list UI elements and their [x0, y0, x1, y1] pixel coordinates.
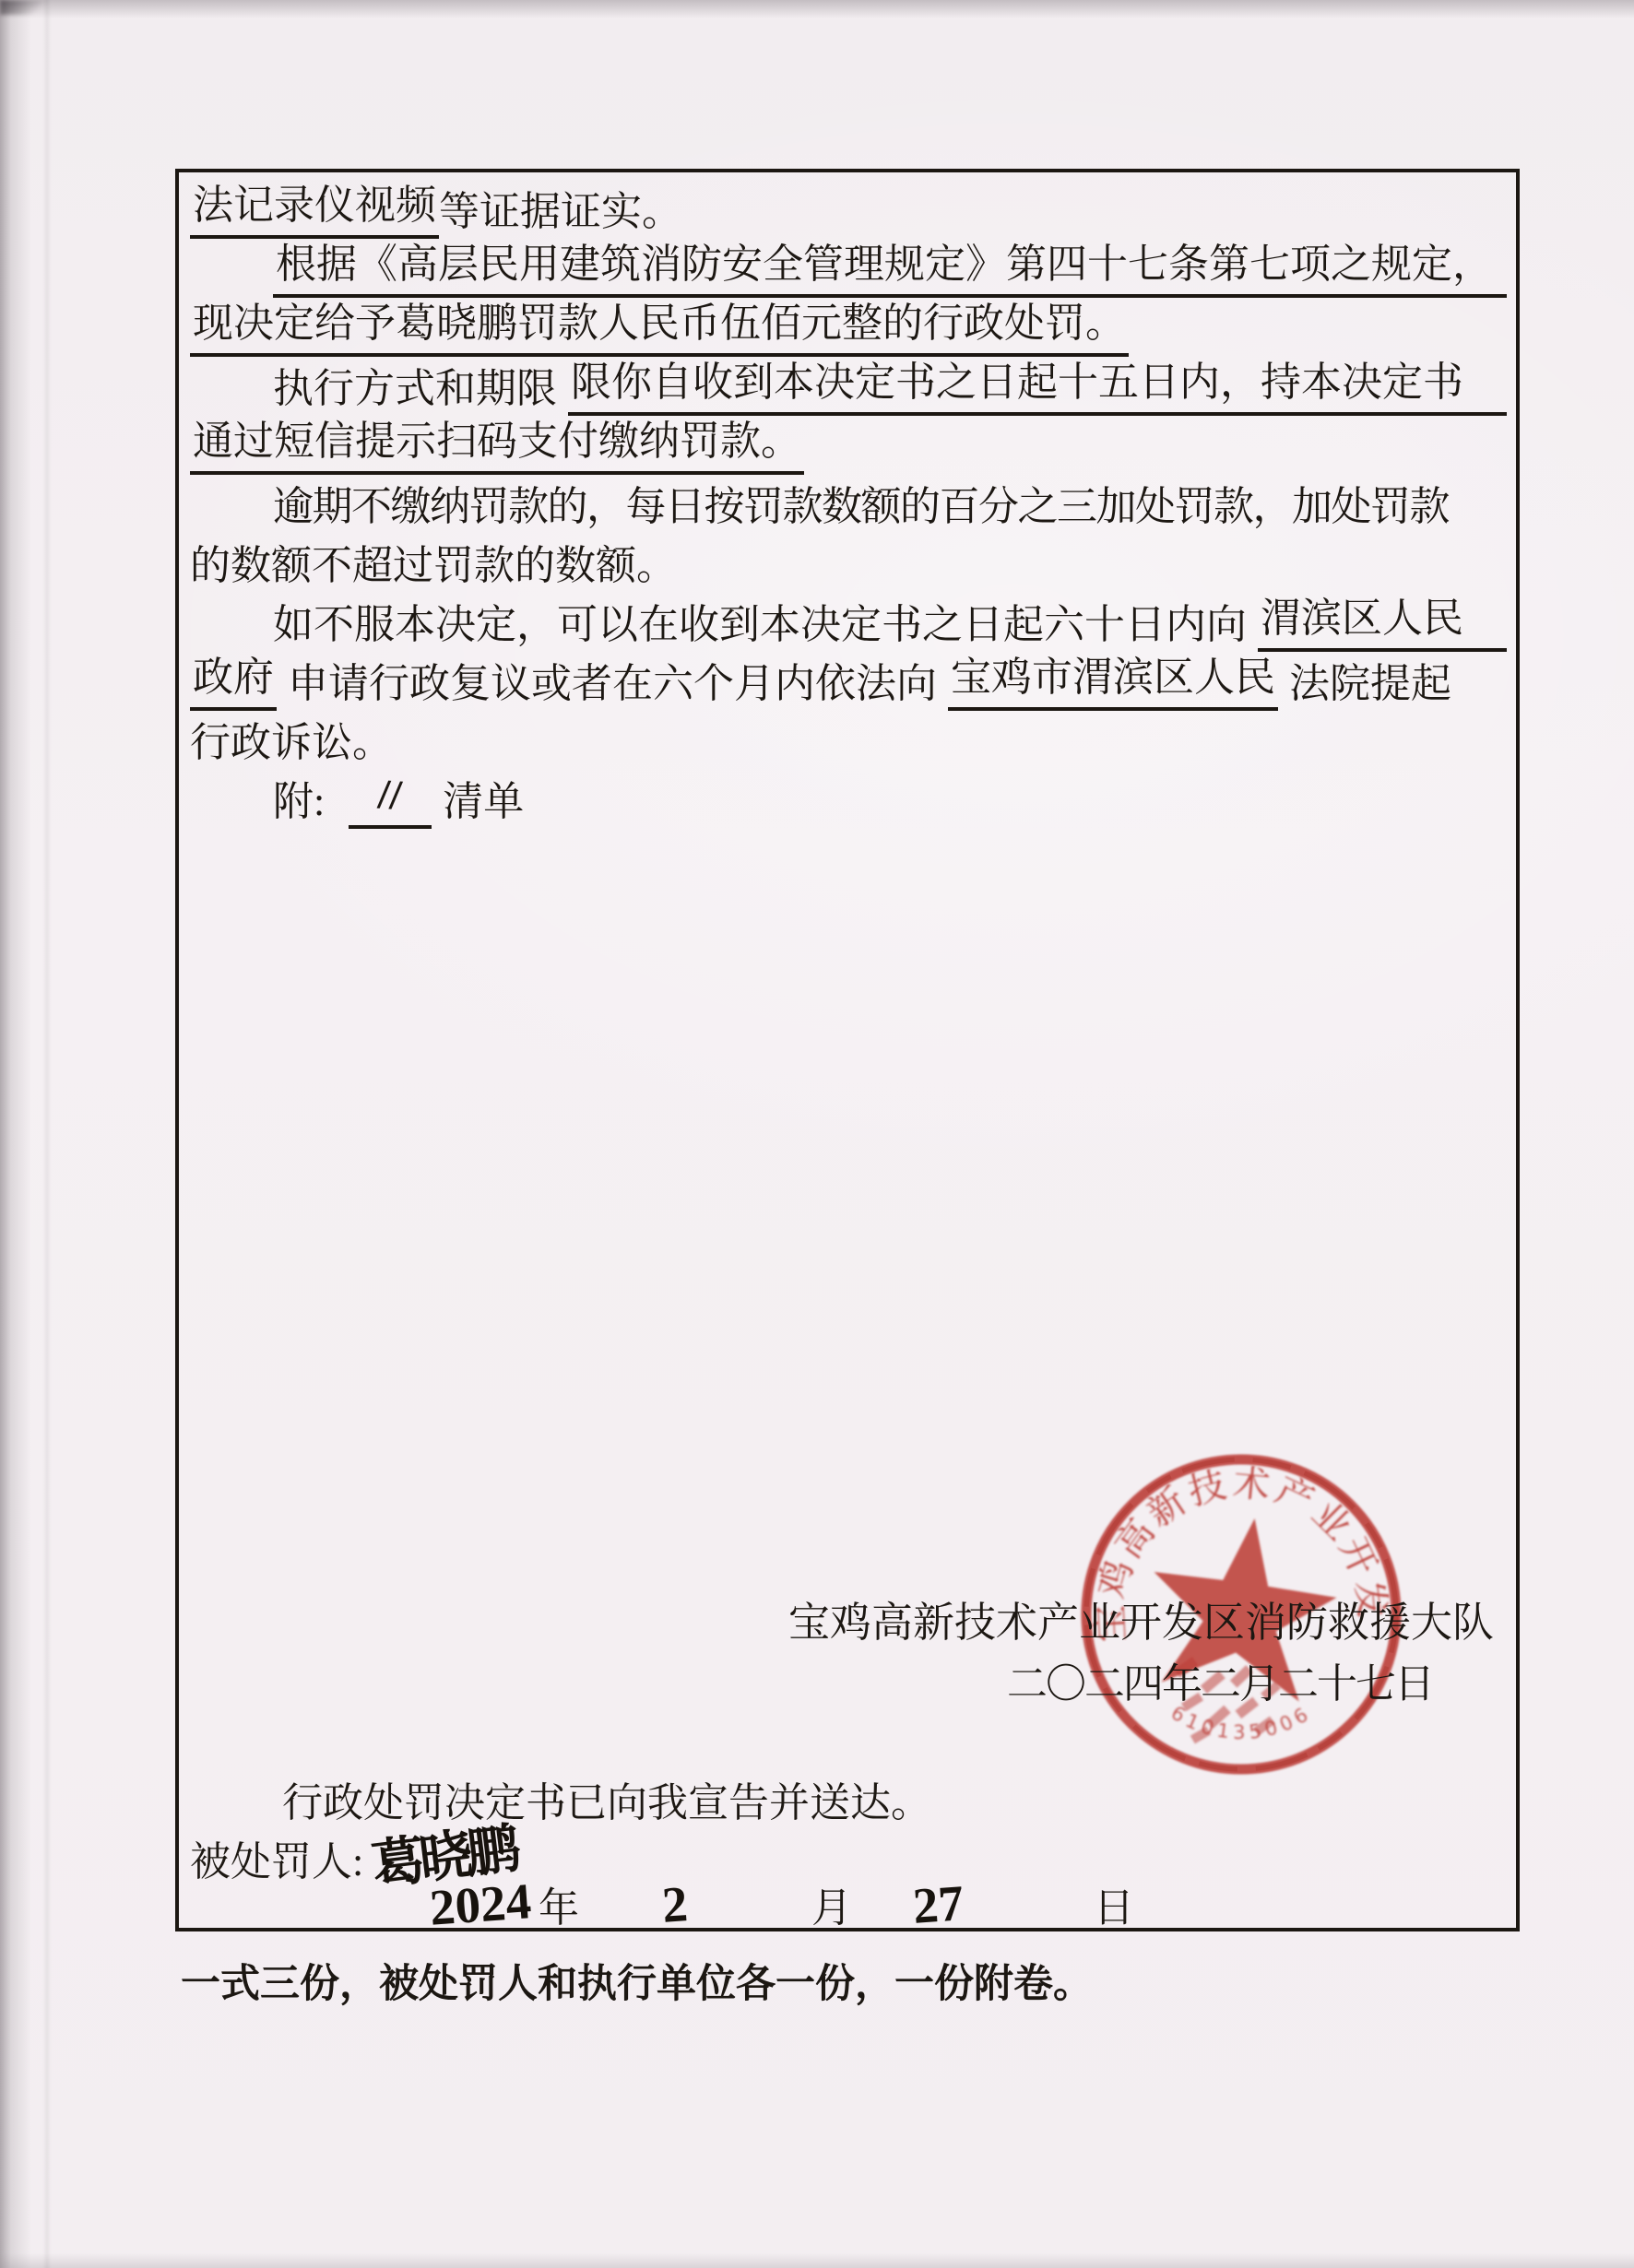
issue-date: 二〇二四年二月二十七日 [1007, 1650, 1433, 1709]
filled-blank-text: 宝鸡市渭滨区人民 [948, 651, 1278, 711]
year-unit: 年 [539, 1874, 579, 1933]
filled-blank-text: 根据《高层民用建筑消防安全管理规定》第四十七条第七项之规定， [273, 238, 1507, 298]
recipient-label: 被处罚人: [190, 1828, 363, 1887]
month-unit: 月 [811, 1874, 852, 1933]
body-line-overdue: 逾期不缴纳罚款的，每日按罚款数额的百分之三加处罚款，加处罚款 [190, 475, 1507, 534]
printed-text: 逾期不缴纳罚款的，每日按罚款数额的百分之三加处罚款，加处罚款 [273, 480, 1449, 534]
document-border-box: 法记录仪视频等证据证实。 根据《高层民用建筑消防安全管理规定》第四十七条第七项之… [175, 169, 1520, 1931]
body-line-appeal: 如不服本决定，可以在收到本决定书之日起六十日内向渭滨区人民 [190, 593, 1507, 652]
filled-blank-text: 现决定给予葛晓鹏罚款人民币伍佰元整的行政处罚。 [190, 297, 1129, 357]
printed-text: 法院提起 [1289, 657, 1451, 711]
filled-blank-text: 渭滨区人民 [1258, 592, 1507, 652]
printed-text: 的数额不超过罚款的数额。 [190, 539, 677, 593]
copies-distribution-note: 一式三份，被处罚人和执行单位各一份，一份附卷。 [181, 1953, 1093, 2009]
body-line-decision: 现决定给予葛晓鹏罚款人民币伍佰元整的行政处罚。 [190, 298, 1507, 357]
body-line-payment: 通过短信提示扫码支付缴纳罚款。 [190, 416, 1507, 475]
printed-text: 清单 [443, 775, 524, 829]
issuing-unit-name: 宝鸡高新技术产业开发区消防救援大队 [788, 1589, 1494, 1648]
attachment-label: 附: [273, 775, 325, 829]
printed-text: 行政诉讼。 [190, 716, 393, 770]
printed-label: 执行方式和期限 [273, 362, 557, 416]
paper-crease [42, 0, 52, 2268]
service-date-row: 2024 年 2 月 27 日 [420, 1865, 1352, 1937]
filled-blank-text: 通过短信提示扫码支付缴纳罚款。 [190, 415, 804, 475]
scan-edge-bottom [0, 2253, 1634, 2268]
scan-edge-top [0, 0, 1634, 18]
handwritten-day: 27 [911, 1873, 965, 1935]
handwritten-month: 2 [660, 1874, 690, 1934]
body-line-attachment: 附://清单 [190, 770, 1507, 829]
day-unit: 日 [1094, 1874, 1134, 1933]
body-line-overdue-cont: 的数额不超过罚款的数额。 [190, 534, 1507, 593]
printed-text: 申请行政复议或者在六个月内依法向 [288, 657, 937, 711]
filled-blank-text: 限你自收到本决定书之日起十五日内，持本决定书 [568, 356, 1507, 416]
body-line-appeal-cont: 政府申请行政复议或者在六个月内依法向宝鸡市渭滨区人民法院提起 [190, 652, 1507, 711]
attachment-blank: // [349, 768, 432, 829]
handwritten-year: 2024 [428, 1872, 533, 1937]
printed-text: 等证据证实。 [439, 185, 682, 239]
filled-blank-text: 法记录仪视频 [190, 179, 439, 239]
printed-text: 如不服本决定，可以在收到本决定书之日起六十日内向 [273, 598, 1247, 652]
document-body: 法记录仪视频等证据证实。 根据《高层民用建筑消防安全管理规定》第四十七条第七项之… [190, 180, 1507, 829]
scanned-page: 法记录仪视频等证据证实。 根据《高层民用建筑消防安全管理规定》第四十七条第七项之… [0, 0, 1634, 2268]
filled-blank-text: 政府 [190, 651, 277, 711]
body-line-legal-basis: 根据《高层民用建筑消防安全管理规定》第四十七条第七项之规定， [190, 239, 1507, 298]
body-line-execution: 执行方式和期限限你自收到本决定书之日起十五日内，持本决定书 [190, 357, 1507, 416]
service-announcement: 行政处罚决定书已向我宣告并送达。 [282, 1769, 931, 1828]
body-line-evidence: 法记录仪视频等证据证实。 [190, 180, 1507, 239]
handwritten-slashes: // [376, 767, 404, 822]
scan-edge-left [0, 0, 31, 2268]
body-line-litigation: 行政诉讼。 [190, 711, 1507, 770]
